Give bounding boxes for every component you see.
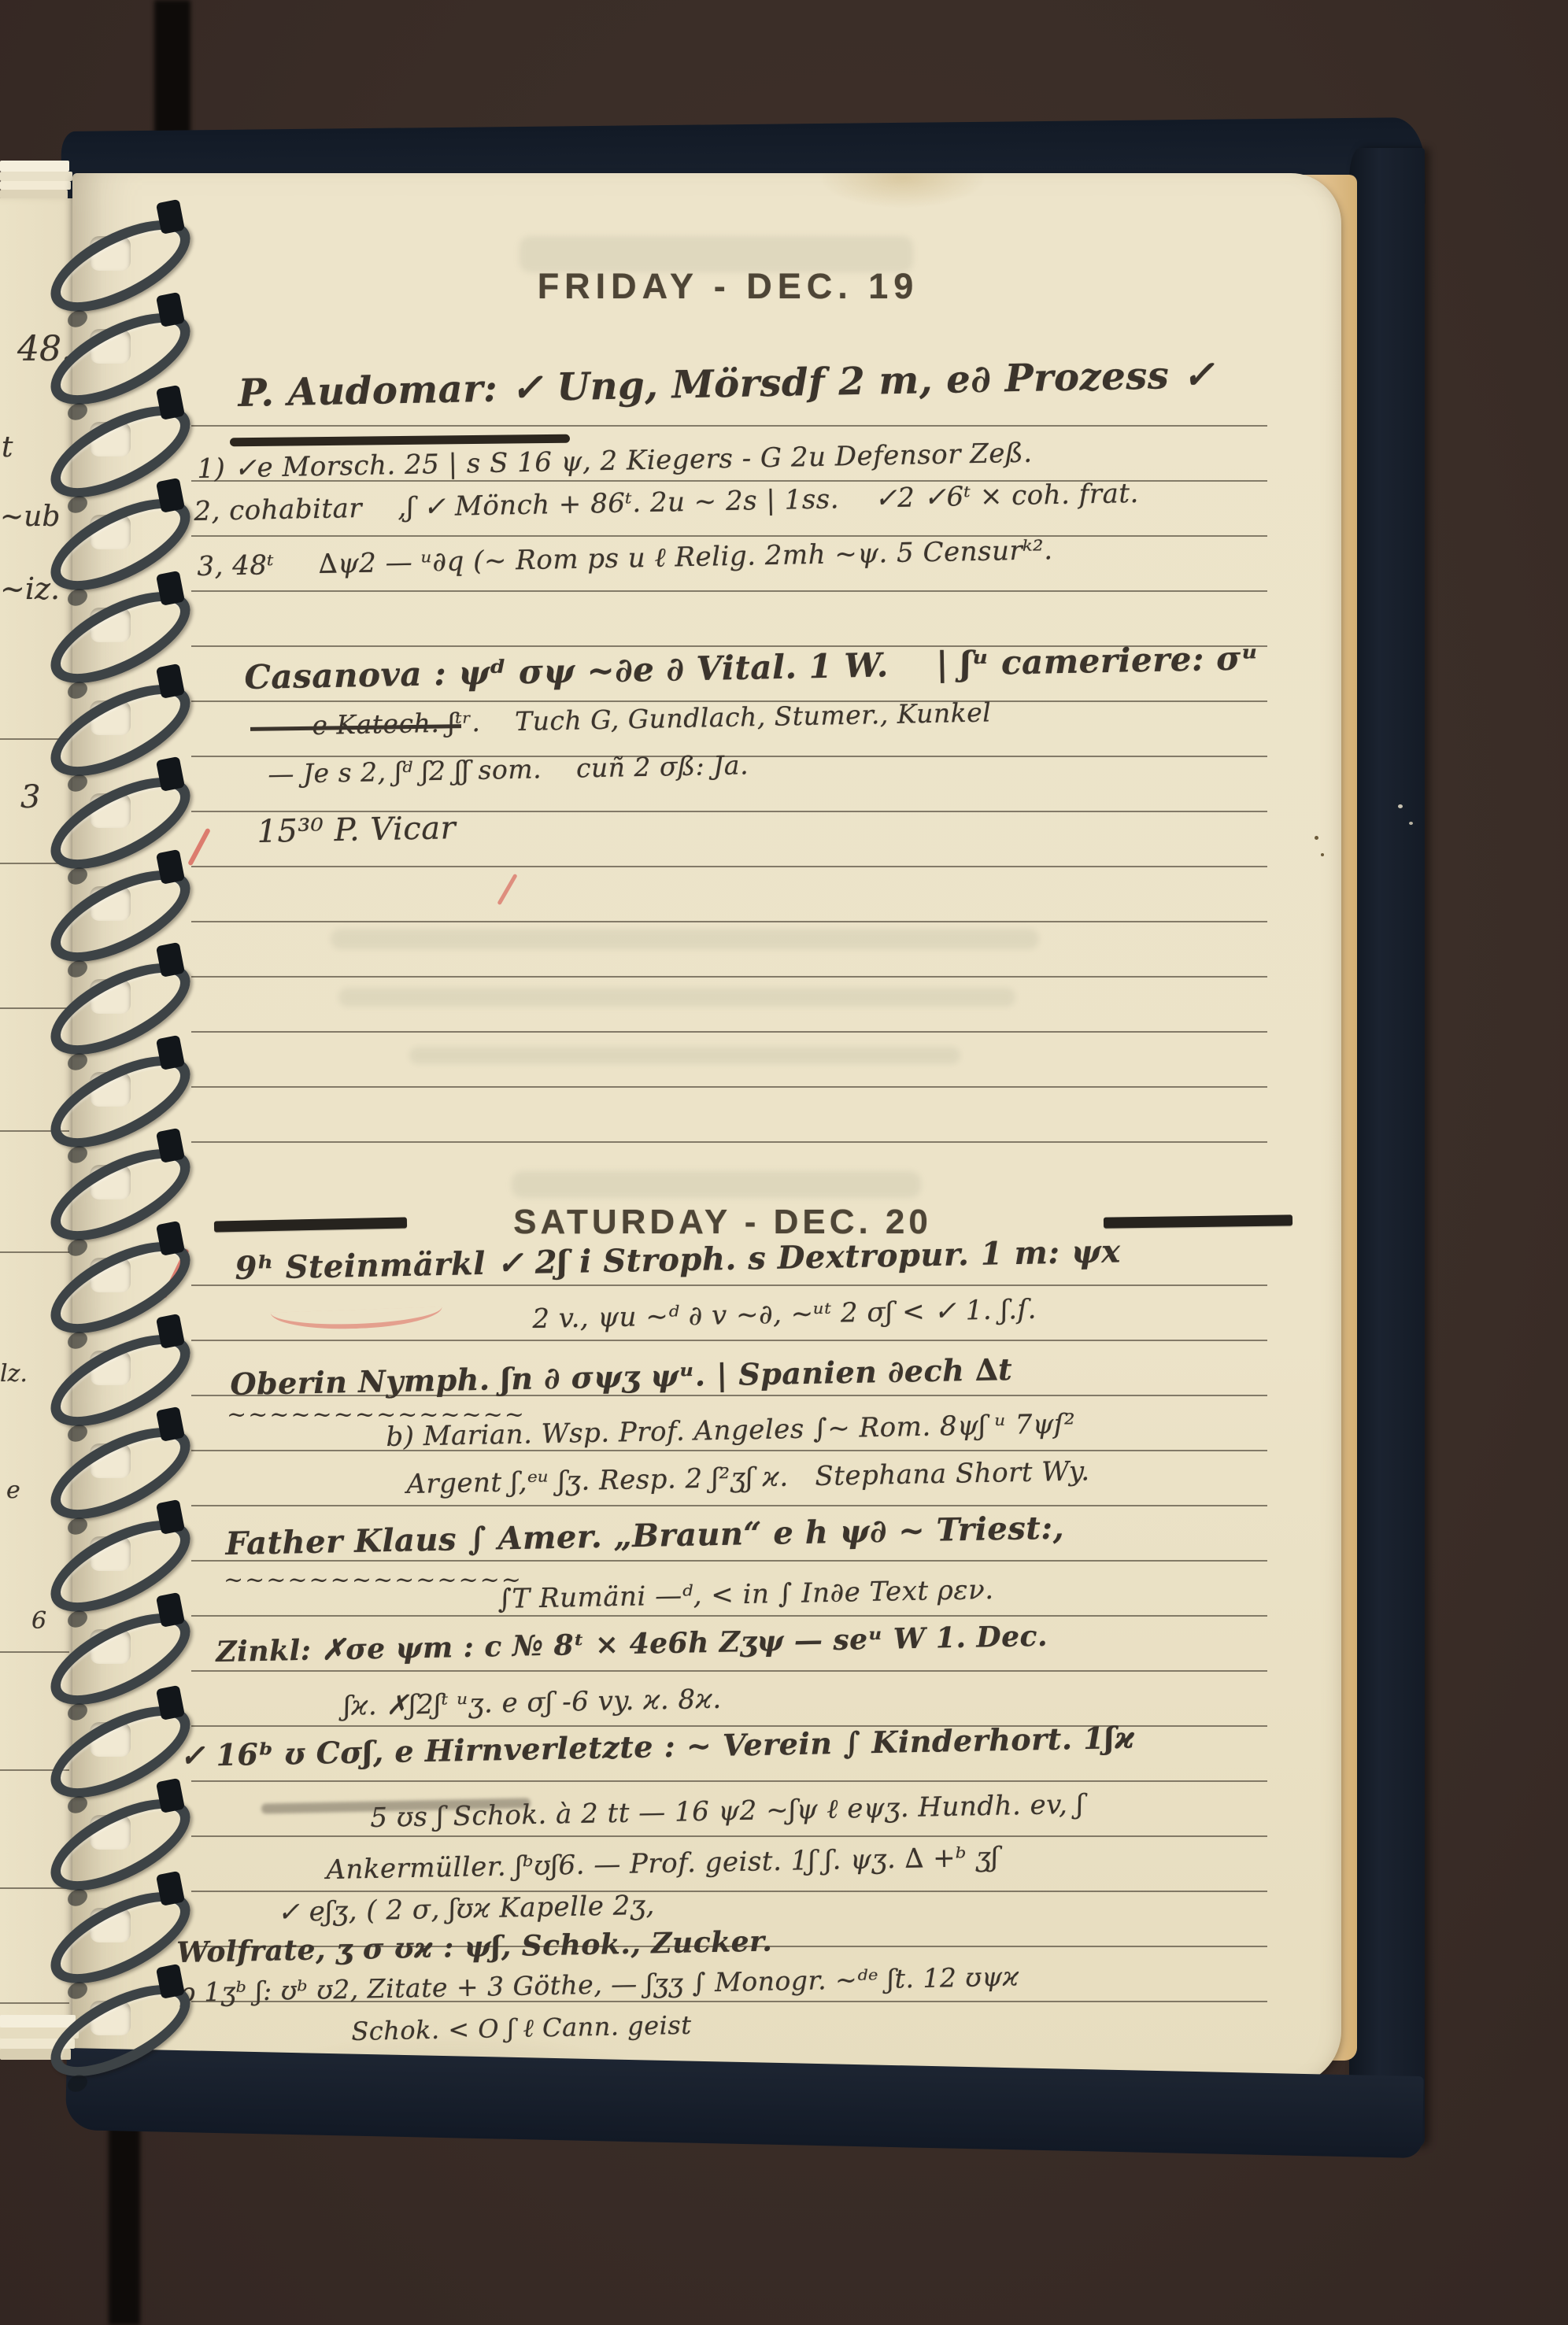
photographed-diary: FRIDAY - DEC. 19 SATURDAY - DEC. 20 P. A… [0, 0, 1568, 2325]
binding-wire-loop [38, 1967, 204, 2095]
spiral-binding [0, 0, 1568, 2325]
